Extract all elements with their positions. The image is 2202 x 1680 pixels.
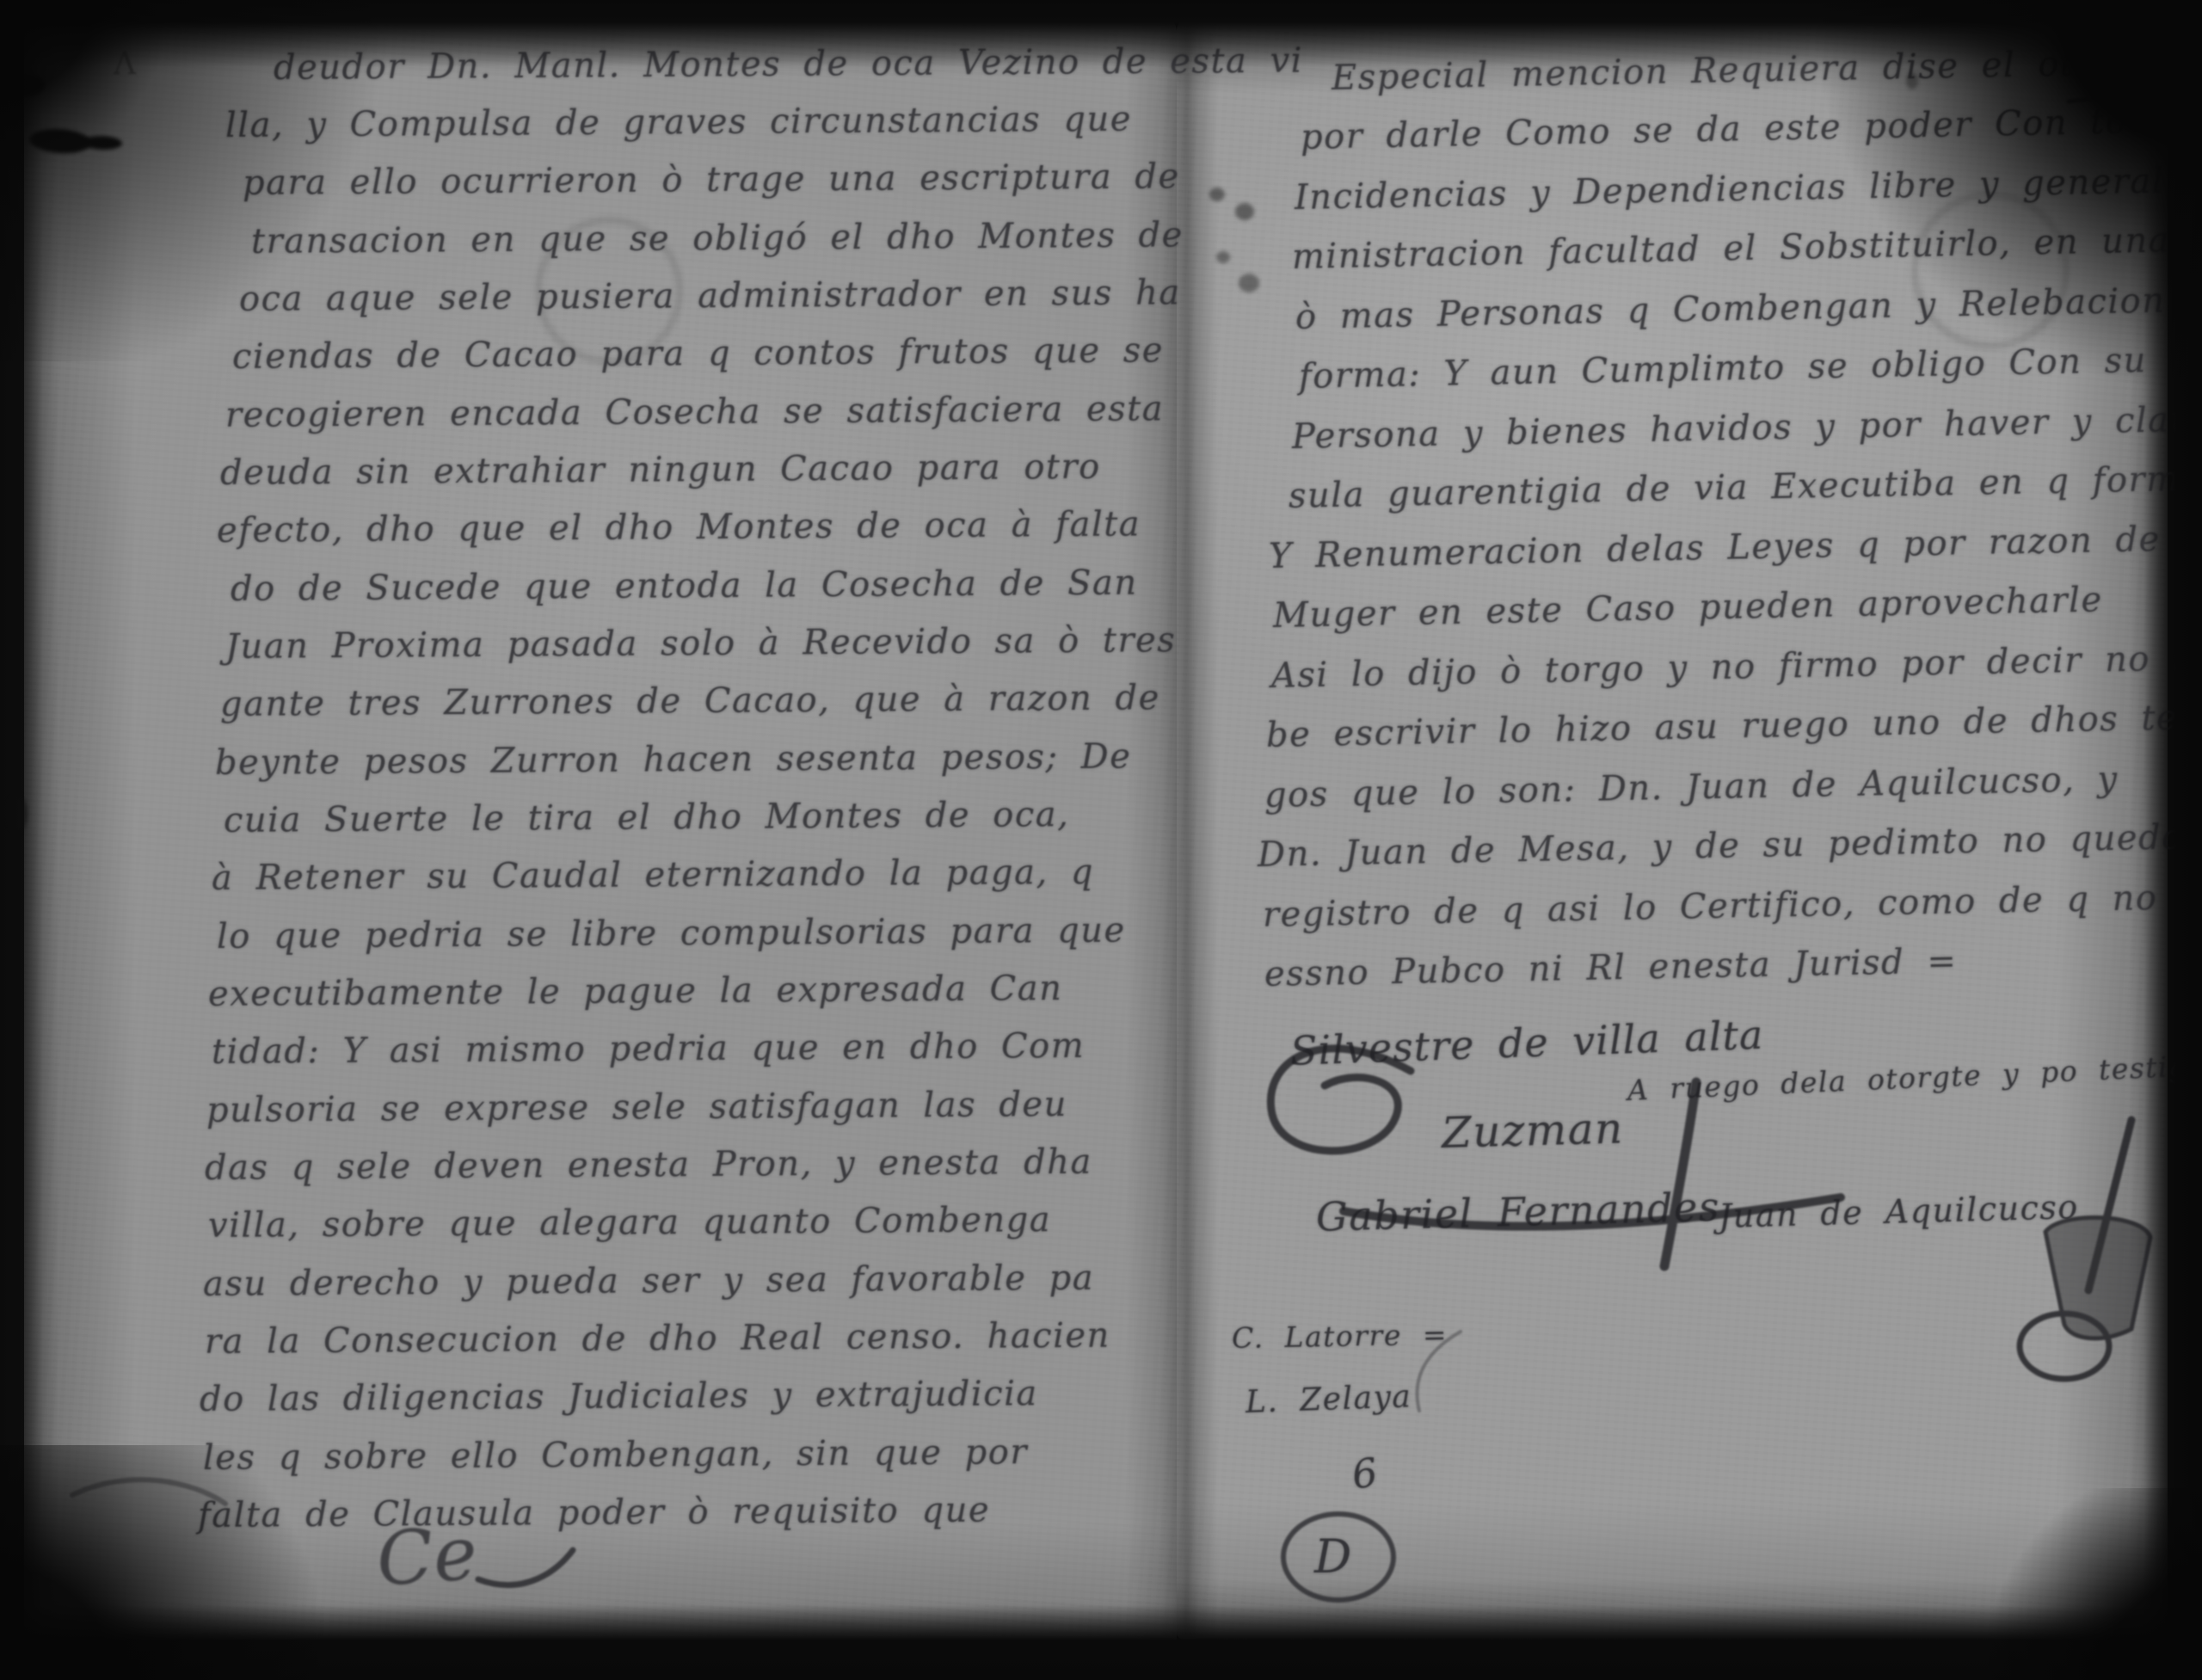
binding-ink-blob bbox=[9, 74, 45, 96]
catchword: Ce bbox=[374, 1511, 480, 1603]
manuscript-line: Juan Proxima pasada solo à Recevido sa ò… bbox=[225, 620, 1177, 667]
manuscript-line: deudor Dn. Manl. Montes de oca Vezino de… bbox=[274, 41, 1303, 88]
manuscript-line: falta de Clausula poder ò requisito que bbox=[198, 1491, 990, 1535]
manuscript-line: asu derecho y pueda ser y sea favorable … bbox=[203, 1258, 1094, 1304]
signature-principal: Zuzman bbox=[1441, 1103, 1624, 1158]
manuscript-line: à Retener su Caudal eternizando la paga,… bbox=[212, 852, 1094, 898]
manuscript-line: cuia Suerte le tira el dho Montes de oca… bbox=[224, 795, 1070, 840]
signature-official: L. Zelaya bbox=[1245, 1379, 1412, 1420]
manuscript-line: das q sele deven enesta Pron, y enesta d… bbox=[205, 1142, 1092, 1188]
manuscript-line: villa, sobre que alegara quanto Combenga bbox=[208, 1200, 1051, 1246]
manuscript-line: tidad: Y asi mismo pedria que en dho Com bbox=[212, 1026, 1085, 1072]
manuscript-line: efecto, dho que el dho Montes de oca à f… bbox=[217, 505, 1141, 551]
manuscript-line: pulsoria se exprese sele satisfagan las … bbox=[206, 1085, 1067, 1130]
ink-smudge bbox=[1239, 274, 1259, 292]
signature-official: C. Latorre = bbox=[1232, 1318, 1449, 1355]
manuscript-line: les q sobre ello Combengan, sin que por bbox=[203, 1432, 1028, 1478]
manuscript-line: beynte pesos Zurron hacen sesenta pesos;… bbox=[215, 737, 1132, 783]
manuscript-line: recogieren encada Cosecha se satisfacier… bbox=[225, 389, 1164, 435]
rubric-mark: D bbox=[1314, 1529, 1353, 1584]
microfilm-scan: 76 Λ deudor Dn. Manl. Montes de oca Vezi… bbox=[0, 0, 2202, 1680]
manuscript-line: do de Sucede que entoda la Cosecha de Sa… bbox=[231, 563, 1138, 609]
manuscript-line: ciendas de Cacao para q contos frutos qu… bbox=[232, 330, 1164, 377]
manuscript-line: lo que pedria se libre compulsorias para… bbox=[217, 911, 1126, 957]
ink-smudge bbox=[1216, 251, 1230, 263]
manuscript-line: para ello ocurrieron ò trage una escript… bbox=[243, 157, 1180, 203]
manuscript-line: transacion en que se obligó el dho Monte… bbox=[251, 215, 1184, 262]
manuscript-line: ra la Consecucion de dho Real censo. hac… bbox=[205, 1316, 1110, 1362]
binding-ink-blob bbox=[7, 795, 28, 833]
ink-smudge bbox=[1209, 188, 1225, 201]
manuscript-line: lla, y Compulsa de graves circunstancias… bbox=[225, 100, 1132, 145]
margin-caret-mark: Λ bbox=[114, 46, 136, 82]
manuscript-line: executibamente le pague la expresada Can bbox=[208, 969, 1063, 1014]
ink-smudge bbox=[1235, 203, 1254, 220]
manuscript-line: do las diligencias Judiciales y extrajud… bbox=[200, 1374, 1038, 1419]
manuscript-line: gante tres Zurrones de Cacao, que à razo… bbox=[220, 678, 1160, 724]
manuscript-line: oca aque sele pusiera administrador en s… bbox=[239, 273, 1181, 319]
manuscript-line: deuda sin extrahiar ningun Cacao para ot… bbox=[220, 447, 1101, 493]
